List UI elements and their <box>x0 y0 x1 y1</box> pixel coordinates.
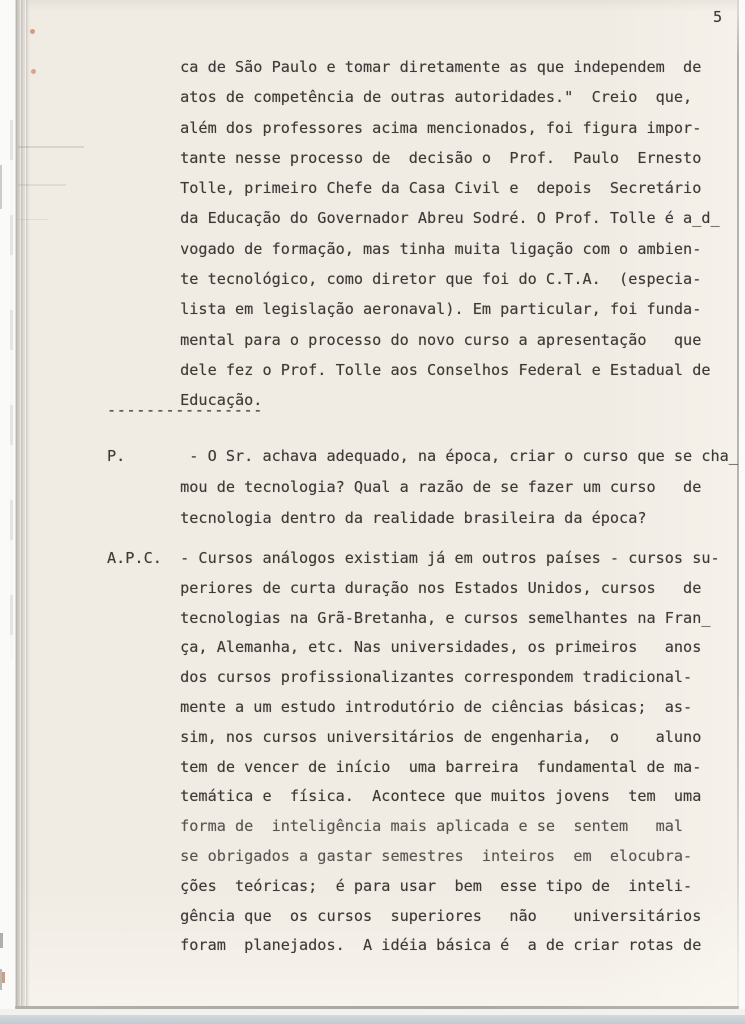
typed-line: periores de curta duração nos Estados Un… <box>107 574 720 604</box>
document-page: 5 ca de São Paulo e tomar diretamente as… <box>15 0 739 1006</box>
scanned-document: 5 ca de São Paulo e tomar diretamente as… <box>0 0 745 1024</box>
typed-line: gência que os cursos superiores não univ… <box>107 902 720 932</box>
scan-edge-mark <box>0 933 3 948</box>
scan-streak <box>18 146 84 148</box>
red-ink-dot <box>30 29 35 34</box>
typed-line: além dos professores acima mencionados, … <box>107 113 720 143</box>
typed-line: temática e física. Acontece que muitos j… <box>107 782 720 812</box>
typed-line: A.P.C. - Cursos análogos existiam já em … <box>107 544 720 574</box>
typed-line: tante nesse processo de decisão o Prof. … <box>107 143 720 173</box>
typed-line: foram planejados. A idéia básica é a de … <box>107 931 720 961</box>
scan-streak <box>18 184 66 186</box>
interview-question-block: P. - O Sr. achava adequado, na época, cr… <box>107 441 738 534</box>
typed-line: Tolle, primeiro Chefe da Casa Civil e de… <box>107 173 720 203</box>
red-ink-dot <box>31 69 36 74</box>
typed-line: se obrigados a gastar semestres inteiros… <box>107 842 720 872</box>
scan-edge-streaks <box>10 120 13 660</box>
typed-line: vogado de formação, mas tinha muita liga… <box>107 234 720 264</box>
typed-line: dele fez o Prof. Tolle aos Conselhos Fed… <box>107 355 720 385</box>
typed-line: tem de vencer de início uma barreira fun… <box>107 753 720 783</box>
typed-line: ções teóricas; é para usar bem esse tipo… <box>107 872 720 902</box>
red-ink-mark <box>2 972 5 983</box>
typed-line: ca de São Paulo e tomar diretamente as q… <box>107 52 720 82</box>
page-number: 5 <box>713 8 722 26</box>
scan-edge-mark <box>0 165 2 209</box>
typed-line: ça, Alemanha, etc. Nas universidades, os… <box>107 633 720 663</box>
typed-line: tecnologias na Grã-Bretanha, e cursos se… <box>107 604 720 634</box>
scan-streak <box>18 219 48 220</box>
typed-line: dos cursos profissionalizantes correspon… <box>107 663 720 693</box>
typed-line: te tecnológico, como diretor que foi do … <box>107 264 720 294</box>
opening-paragraph: ca de São Paulo e tomar diretamente as q… <box>107 52 720 416</box>
typed-line: sim, nos cursos universitários de engenh… <box>107 723 720 753</box>
typed-line: mente a um estudo introdutório de ciênci… <box>107 693 720 723</box>
typed-line: da Educação do Governador Abreu Sodré. O… <box>107 203 720 233</box>
typed-line: tecnologia dentro da realidade brasileir… <box>107 503 738 534</box>
page-left-edge-shadow <box>15 0 30 1006</box>
typed-line: forma de inteligência mais aplicada e se… <box>107 812 720 842</box>
typed-line: P. - O Sr. achava adequado, na época, cr… <box>107 441 738 472</box>
typed-line: mental para o processo do novo curso a a… <box>107 325 720 355</box>
dashed-separator: ---------------- <box>107 400 263 420</box>
typed-line: mou de tecnologia? Qual a razão de se fa… <box>107 472 738 503</box>
interview-answer-block: A.P.C. - Cursos análogos existiam já em … <box>107 544 720 961</box>
scanner-bed-strip <box>0 1015 745 1024</box>
typed-line: atos de competência de outras autoridade… <box>107 82 720 112</box>
typed-line: lista em legislação aeronaval). Em parti… <box>107 294 720 324</box>
